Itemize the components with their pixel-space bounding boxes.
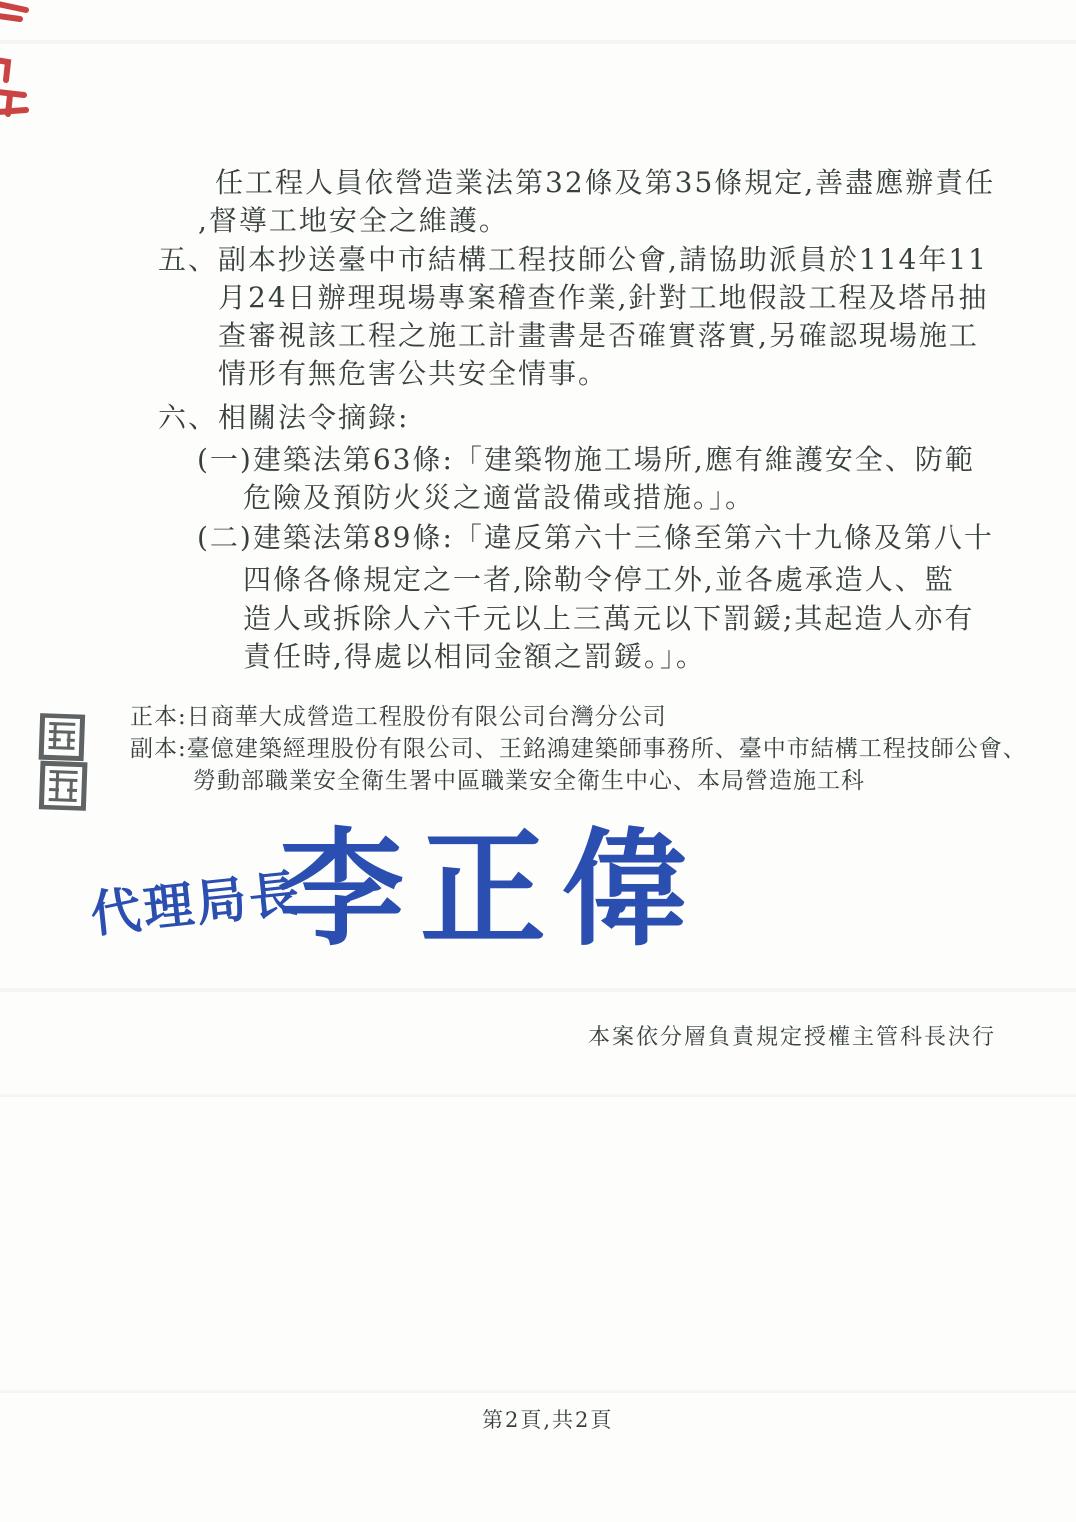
copy-recipients-line-2: 勞動部職業安全衛生署中區職業安全衛生中心、本局營造施工科	[193, 762, 865, 795]
scan-artifact-line	[0, 1390, 1076, 1393]
body-line: 情形有無危害公共安全情事。	[218, 357, 608, 391]
scan-artifact-line	[0, 988, 1076, 992]
body-line-item-5: 五、副本抄送臺中市結構工程技師公會,請協助派員於114年11	[158, 243, 988, 277]
original-recipient-line: 正本:日商華大成營造工程股份有限公司台灣分公司	[130, 698, 667, 731]
body-line: ,督導工地安全之維護。	[198, 204, 509, 238]
body-line: 責任時,得處以相同金額之罰鍰。」。	[243, 640, 706, 674]
joint-page-seal-stamp-icon	[36, 713, 91, 811]
body-line: 造人或拆除人六千元以上三萬元以下罰鍰;其起造人亦有	[243, 602, 974, 636]
signature-title: 代理局長	[87, 853, 305, 947]
page-number-footer: 第2頁,共2頁	[482, 1404, 613, 1434]
document-page: 任工程人員依營造業法第32條及第35條規定,善盡應辦責任 ,督導工地安全之維護。…	[0, 0, 1076, 1522]
body-line-item-6: 六、相關法令摘錄:	[158, 401, 409, 435]
scan-artifact-line	[0, 40, 1076, 44]
body-line: 任工程人員依營造業法第32條及第35條規定,善盡應辦責任	[215, 166, 995, 200]
scan-artifact-line	[0, 1094, 1076, 1097]
body-line: 四條各條規定之一者,除勒令停工外,並各處承造人、監	[243, 563, 955, 597]
red-stamp-fragment-icon	[0, 0, 38, 124]
body-line-subitem-1: (一)建築法第63條:「建築物施工場所,應有維護安全、防範	[197, 443, 975, 477]
body-line: 危險及預防火災之適當設備或措施。」。	[243, 481, 755, 515]
body-line: 月24日辦理現場專案稽查作業,針對工地假設工程及塔吊抽	[218, 281, 989, 315]
copy-recipients-line-1: 副本:臺億建築經理股份有限公司、王銘鴻建築師事務所、臺中市結構工程技師公會、	[130, 730, 1027, 763]
body-line: 查審視該工程之施工計畫書是否確實落實,另確認現場施工	[218, 319, 979, 353]
authorization-note: 本案依分層負責規定授權主管科長決行	[588, 1020, 996, 1051]
signature-name: 李正偉	[278, 820, 704, 959]
body-line-subitem-2: (二)建築法第89條:「違反第六十三條至第六十九條及第八十	[197, 521, 994, 555]
